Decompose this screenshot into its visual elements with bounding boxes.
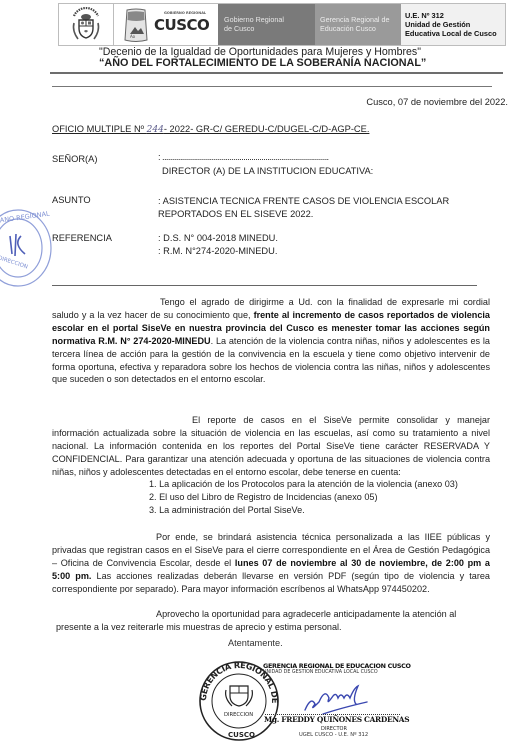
oficio-prefix: OFICIO MULTIPLE Nº	[52, 124, 147, 134]
referencia-item: : D.S. N° 004-2018 MINEDU.	[158, 233, 278, 243]
p3-text-b: Las acciones realizadas deberán llevarse…	[52, 571, 490, 594]
closing-salutation: Atentamente.	[228, 638, 283, 648]
oficio-number: OFICIO MULTIPLE Nº 244- 2022- GR-C/ GERE…	[52, 124, 369, 135]
body-paragraph-3: Por ende, se brindará asistencia técnica…	[52, 531, 490, 596]
regional-stamp-icon: ANO REGIONAL DIRECCION	[0, 206, 54, 290]
signature-org-line-1: GERENCIA REGIONAL DE EDUCACION CUSCO	[263, 662, 398, 670]
cusco-wordmark: GOBIERNO REGIONAL CUSCO	[154, 16, 209, 34]
svg-text:DIRECCION: DIRECCION	[0, 255, 28, 270]
p2-text: El reporte de casos en el SiseVe permite…	[52, 415, 490, 477]
signature-block: GERENCIA REGIONAL DE EDUCACION CUSCO UNI…	[263, 662, 398, 675]
peru-shield-logo	[59, 4, 114, 45]
section-divider	[52, 285, 477, 286]
body-paragraph-2: El reporte de casos en el SiseVe permite…	[52, 414, 490, 479]
cusco-logo: Ao GOBIERNO REGIONAL CUSCO	[114, 4, 218, 45]
asunto-label: ASUNTO	[52, 195, 91, 205]
oficio-handwritten-number: 244	[147, 125, 164, 135]
list-item: 2. El uso del Libro de Registro de Incid…	[149, 491, 458, 504]
svg-text:CUSCO: CUSCO	[228, 731, 255, 739]
year-slogan: “AÑO DEL FORTALECIMIENTO DE LA SOBERANÍA…	[99, 57, 426, 69]
gobierno-line-2: de Cusco	[224, 25, 315, 34]
asunto-value: : ASISTENCIA TECNICA FRENTE CASOS DE VIO…	[158, 195, 498, 220]
cusco-emblem-icon: Ao	[124, 8, 148, 42]
signature-org-line-2: UNIDAD DE GESTION EDUCATIVA LOCAL CUSCO	[263, 670, 398, 675]
referencia-item: : R.M. N°274-2020-MINEDU.	[158, 246, 277, 256]
svg-text:Ao: Ao	[130, 34, 136, 39]
body-paragraph-4: Aprovecho la oportunidad para agradecerl…	[56, 608, 494, 634]
gerencia-line-2: Educación Cusco	[320, 25, 401, 34]
senor-blank: : ......................................…	[158, 152, 329, 162]
ue-line-1: U.E. Nº 312	[405, 11, 505, 20]
ue-line-2: Unidad de Gestión	[405, 20, 505, 29]
svg-text:DIRECCION: DIRECCION	[224, 712, 253, 718]
cusco-logo-word: CUSCO	[154, 16, 209, 34]
oficio-suffix: - 2022- GR-C/ GEREDU-C/DUGEL-C/D-AGP-CE.	[164, 124, 370, 134]
header-divider	[50, 72, 503, 74]
gobierno-regional-block: Gobierno Regional de Cusco	[218, 4, 315, 45]
list-item: 3. La administración del Portal SiseVe.	[149, 504, 458, 517]
handwritten-signature-icon	[303, 684, 373, 716]
cusco-logo-caption: GOBIERNO REGIONAL	[164, 11, 206, 15]
referencia-label: REFERENCIA	[52, 233, 112, 243]
ugel-block: U.E. Nº 312 Unidad de Gestión Educativa …	[401, 4, 505, 45]
list-item: 1. La aplicación de los Protocolos para …	[149, 478, 458, 491]
guidelines-list: 1. La aplicación de los Protocolos para …	[149, 478, 458, 517]
gerencia-regional-block: Gerencia Regional de Educación Cusco	[315, 4, 401, 45]
peru-shield-icon	[68, 7, 104, 43]
senor-label: SEÑOR(A)	[52, 154, 97, 164]
body-paragraph-1: Tengo el agrado de dirigirme a Ud. con l…	[52, 296, 490, 386]
header-divider-thin	[52, 86, 492, 87]
signatory-unit: UGEL CUSCO - U.E. Nº 312	[299, 732, 368, 738]
senor-recipient: DIRECTOR (A) DE LA INSTITUCION EDUCATIVA…	[162, 166, 373, 176]
document-date: Cusco, 07 de noviembre del 2022.	[366, 97, 508, 107]
letterhead: Ao GOBIERNO REGIONAL CUSCO Gobierno Regi…	[58, 3, 506, 46]
signatory-name: Mg. FREDDY QUIÑONES CARDENAS	[264, 715, 409, 724]
ue-line-3: Educativa Local de Cusco	[405, 29, 505, 38]
